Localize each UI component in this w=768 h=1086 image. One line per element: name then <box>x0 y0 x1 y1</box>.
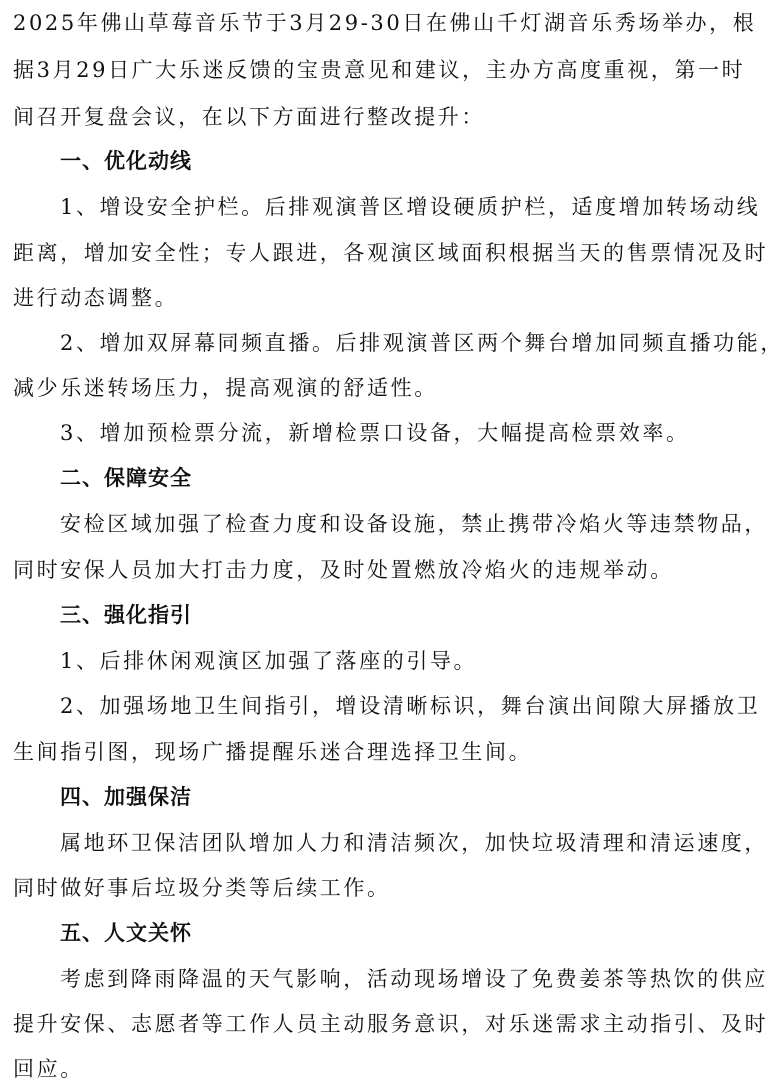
paragraph-line: 进行动态调整。 <box>13 283 178 313</box>
paragraph-line: 同时做好事后垃圾分类等后续工作。 <box>13 873 391 903</box>
paragraph-line: 考虑到降雨降温的天气影响，活动现场增设了免费姜茶等热饮的供应； <box>60 964 768 994</box>
paragraph-line: 安检区域加强了检查力度和设备设施，禁止携带冷焰火等违禁物品， <box>60 509 768 539</box>
paragraph-line: 距离，增加安全性；专人跟进，各观演区域面积根据当天的售票情况及时 <box>13 238 768 268</box>
section-heading: 二、保障安全 <box>60 463 192 493</box>
paragraph-line: 同时安保人员加大打击力度，及时处置燃放冷焰火的违规举动。 <box>13 555 674 585</box>
section-heading: 三、强化指引 <box>60 600 192 630</box>
paragraph-line: 2、加强场地卫生间指引，增设清晰标识，舞台演出间隙大屏播放卫 <box>60 691 760 721</box>
intro-line: 间召开复盘会议，在以下方面进行整改提升： <box>13 102 485 132</box>
paragraph-line: 减少乐迷转场压力，提高观演的舒适性。 <box>13 373 438 403</box>
section-heading: 一、优化动线 <box>60 146 192 176</box>
paragraph-line: 1、后排休闲观演区加强了落座的引导。 <box>60 646 477 676</box>
paragraph-line: 3、增加预检票分流，新增检票口设备，大幅提高检票效率。 <box>60 418 690 448</box>
paragraph-line: 提升安保、志愿者等工作人员主动服务意识，对乐迷需求主动指引、及时 <box>13 1009 768 1039</box>
paragraph-line: 属地环卫保洁团队增加人力和清洁频次，加快垃圾清理和清运速度， <box>60 828 768 858</box>
paragraph-line: 2、增加双屏幕同频直播。后排观演普区两个舞台增加同频直播功能， <box>60 328 768 358</box>
section-heading: 四、加强保洁 <box>60 782 192 812</box>
intro-line: 据3月29日广大乐迷反馈的宝贵意见和建议，主办方高度重视，第一时 <box>13 55 745 85</box>
intro-line: 2025年佛山草莓音乐节于3月29-30日在佛山千灯湖音乐秀场举办，根 <box>13 8 756 38</box>
paragraph-line: 回应。 <box>13 1054 84 1084</box>
section-heading: 五、人文关怀 <box>60 918 192 948</box>
paragraph-line: 生间指引图，现场广播提醒乐迷合理选择卫生间。 <box>13 737 532 767</box>
paragraph-line: 1、增设安全护栏。后排观演普区增设硬质护栏，适度增加转场动线 <box>60 192 760 222</box>
